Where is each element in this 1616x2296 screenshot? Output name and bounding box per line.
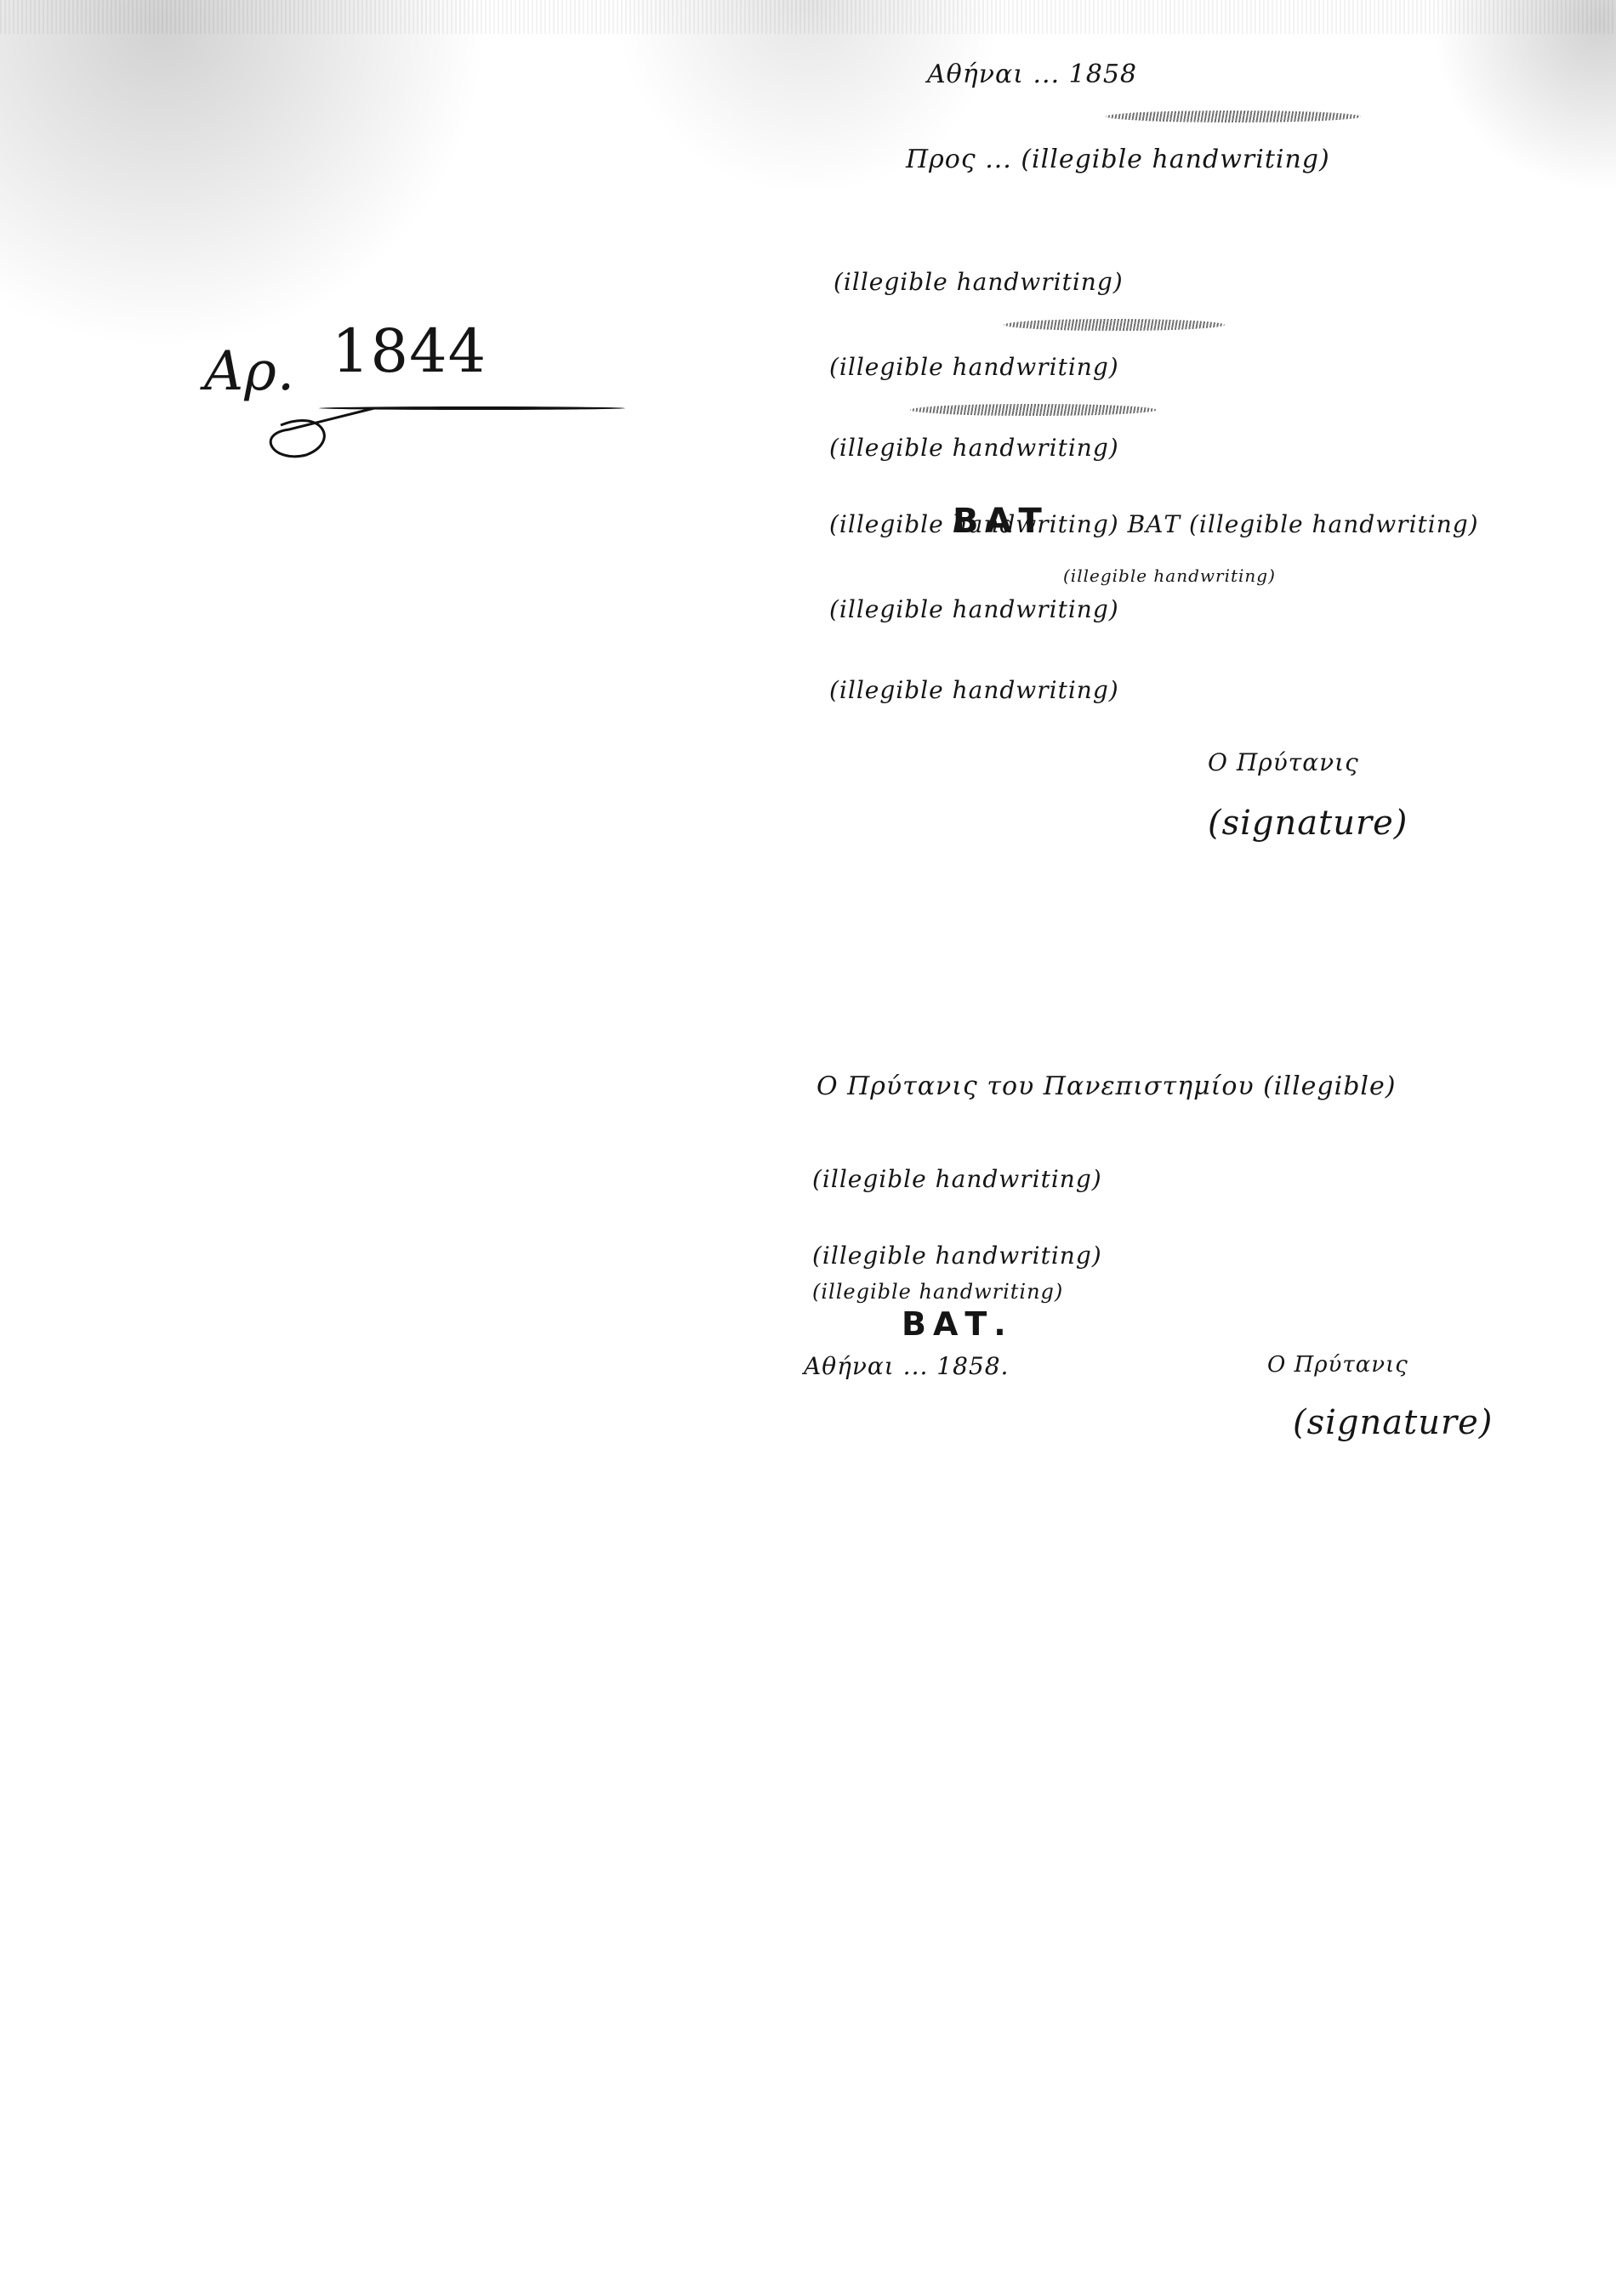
letter-body-line-5: (illegible handwriting) (829, 595, 1119, 623)
letter-subject-line: Προς ... (illegible handwriting) (906, 145, 1330, 174)
reference-flourish-icon (255, 408, 425, 468)
strike-scribble (1106, 111, 1361, 122)
letter-signature: (signature) (1208, 804, 1408, 843)
reply-body-line-3: (illegible handwriting) (812, 1280, 1063, 1304)
letter-closing: Ο Πρύτανις (1208, 748, 1359, 776)
reference-number: 1844 (332, 316, 487, 386)
reply-body-line-1: (illegible handwriting) (812, 1165, 1102, 1193)
reply-dateline: Αθήναι ... 1858. (804, 1352, 1009, 1380)
letter-body-line-2: (illegible handwriting) (829, 353, 1119, 381)
letter-body-line-4: (illegible handwriting) ΒΑΤ (illegible h… (829, 510, 1479, 538)
reply-signature: (signature) (1293, 1403, 1493, 1442)
reply-closing: Ο Πρύτανις (1267, 1352, 1408, 1378)
strike-scribble (910, 404, 1157, 416)
reply-body-line-2: (illegible handwriting) (812, 1242, 1102, 1270)
reference-label: Αρ. (204, 340, 295, 403)
reply-code-line: ΒΑΤ. (902, 1305, 1013, 1343)
strike-scribble (1004, 319, 1225, 331)
letter-body-line-3: (illegible handwriting) (829, 434, 1119, 462)
letter-code-word: ΒΑΤ (953, 502, 1049, 541)
letter-body-line-1: (illegible handwriting) (834, 268, 1124, 296)
letter-interlinear-insertion: (illegible handwriting) (1063, 565, 1276, 586)
reply-heading: Ο Πρύτανις του Πανεπιστημίου (illegible) (817, 1071, 1396, 1101)
letter-body-line-6: (illegible handwriting) (829, 676, 1119, 704)
letter-dateline: Αθήναι ... 1858 (927, 60, 1137, 89)
scan-noise-top-edge (0, 0, 1616, 34)
scanned-page: Αρ. 1844 Αθήναι ... 1858 Προς ... (illeg… (0, 0, 1616, 2296)
